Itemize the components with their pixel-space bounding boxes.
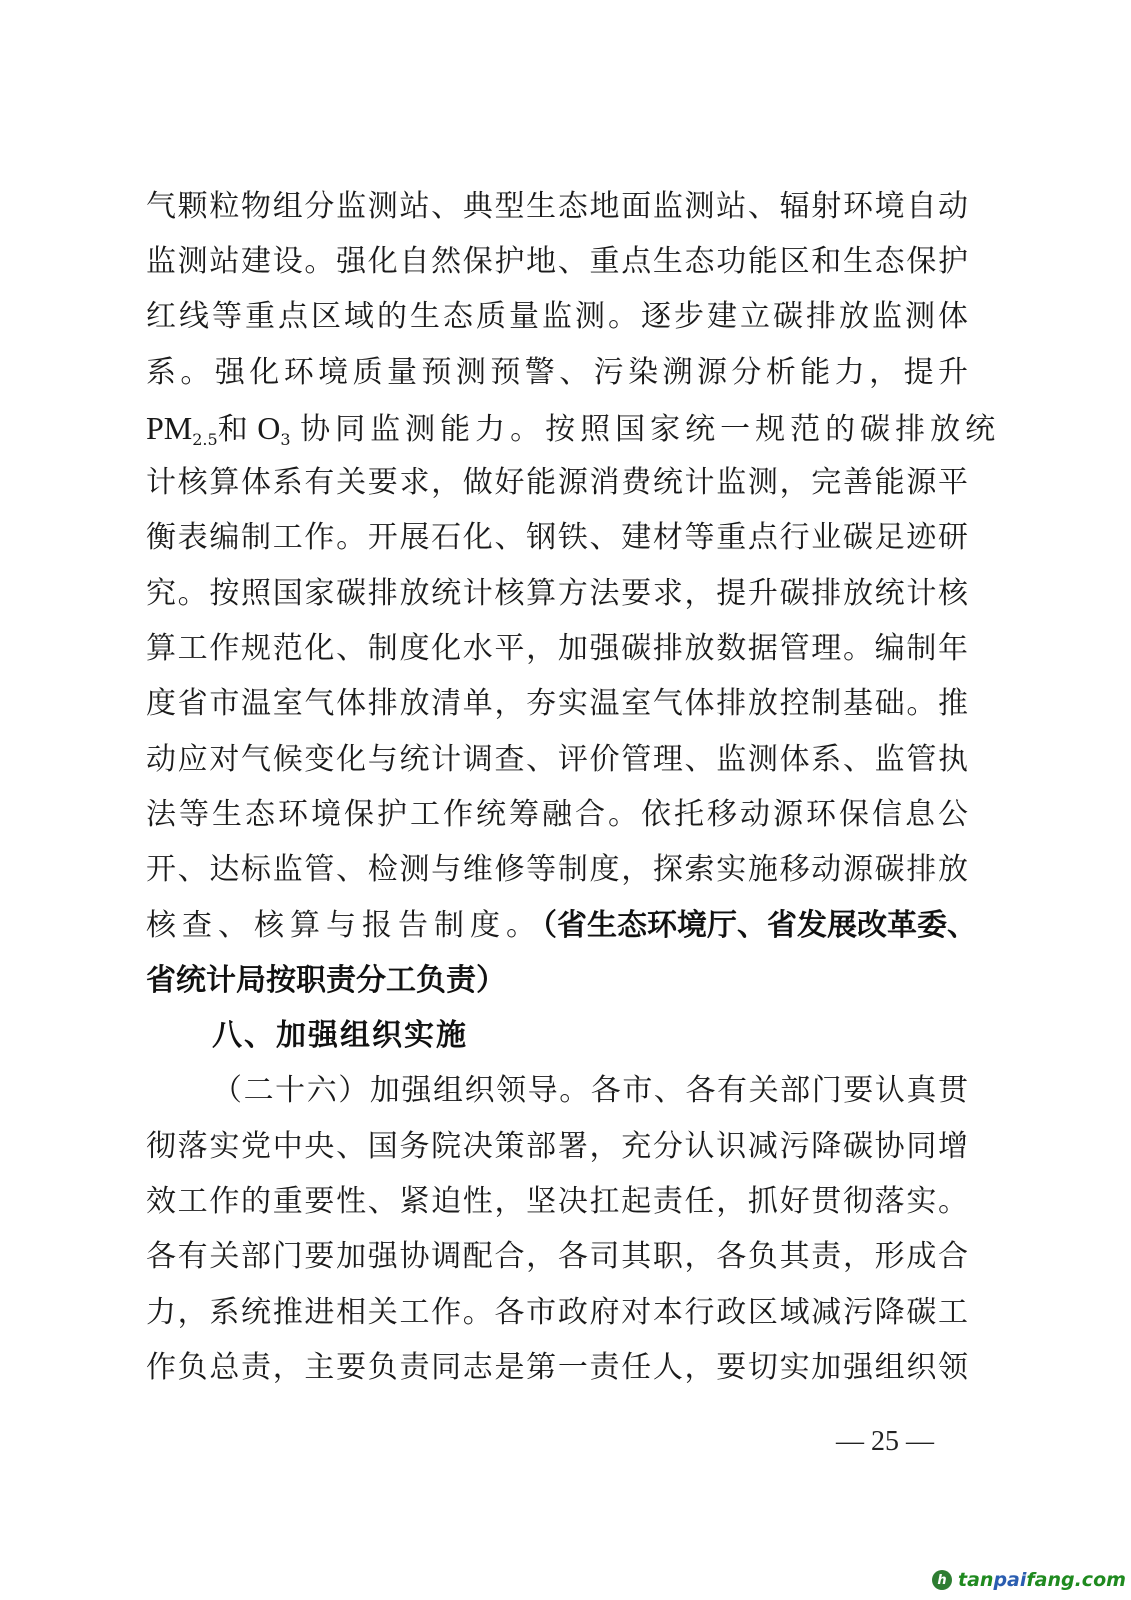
ozone-text: O xyxy=(257,410,280,446)
text-line: 算工作规范化、制度化水平，加强碳排放数据管理。编制年 xyxy=(146,632,968,666)
text-line-pm25: PM2.5和 O3 协同监测能力。按照国家统一规范的碳排放统 xyxy=(146,411,968,445)
section-heading: 八、加强组织实施 xyxy=(212,1019,968,1053)
responsible-departments-cont: 省统计局按职责分工负责） xyxy=(146,964,968,998)
line-rest: 协同监测能力。按照国家统一规范的碳排放统 xyxy=(300,412,1000,447)
text-line: 衡表编制工作。开展石化、钢铁、建材等重点行业碳足迹研 xyxy=(146,521,968,555)
text-line: 系。强化环境质量预测预警、污染溯源分析能力，提升 xyxy=(146,356,968,390)
logo-icon: h xyxy=(932,1570,952,1590)
watermark-part-pai: pai xyxy=(993,1569,1026,1591)
text-line: 度省市温室气体排放清单，夯实温室气体排放控制基础。推 xyxy=(146,687,968,721)
and-text: 和 xyxy=(218,412,248,447)
text-line-responsibility: 核查、核算与报告制度。（省生态环境厅、省发展改革委、 xyxy=(146,909,968,943)
text-line: 开、达标监管、检测与维修等制度，探索实施移动源碳排放 xyxy=(146,853,968,887)
paragraph-line: 彻落实党中央、国务院决策部署，充分认识减污降碳协同增 xyxy=(146,1130,968,1164)
text-line: 红线等重点区域的生态质量监测。逐步建立碳排放监测体 xyxy=(146,300,968,334)
page-number: — 25 — xyxy=(820,1426,950,1460)
paragraph-line: 力，系统推进相关工作。各市政府对本行政区域减污降碳工 xyxy=(146,1296,968,1330)
document-page: 气颗粒物组分监测站、典型生态地面监测站、辐射环境自动 监测站建设。强化自然保护地… xyxy=(0,0,1131,1600)
text-line: 监测站建设。强化自然保护地、重点生态功能区和生态保护 xyxy=(146,245,968,279)
paragraph-line: 各有关部门要加强协调配合，各司其职，各负其责，形成合 xyxy=(146,1240,968,1274)
line-normal: 核查、核算与报告制度。 xyxy=(146,908,542,943)
paragraph-line: 效工作的重要性、紧迫性，坚决扛起责任，抓好贯彻落实。 xyxy=(146,1185,968,1219)
text-line: 法等生态环境保护工作统筹融合。依托移动源环保信息公 xyxy=(146,798,968,832)
text-line: 计核算体系有关要求，做好能源消费统计监测，完善能源平 xyxy=(146,466,968,500)
paragraph-line: 作负总责，主要负责同志是第一责任人，要切实加强组织领 xyxy=(146,1351,968,1385)
watermark-part-tan: tan xyxy=(958,1569,993,1591)
paragraph-line: （二十六）加强组织领导。各市、各有关部门要认真贯 xyxy=(212,1074,968,1108)
text-line: 气颗粒物组分监测站、典型生态地面监测站、辐射环境自动 xyxy=(146,190,968,224)
text-line: 究。按照国家碳排放统计核算方法要求，提升碳排放统计核 xyxy=(146,577,968,611)
ozone-subscript: 3 xyxy=(280,430,290,449)
watermark: h tanpaifang.com xyxy=(932,1566,1126,1594)
pm-text: PM xyxy=(146,410,192,446)
watermark-part-fang: fang.com xyxy=(1026,1569,1126,1591)
responsible-departments: （省生态环境厅、省发展改革委、 xyxy=(542,908,977,943)
watermark-text: tanpaifang.com xyxy=(958,1569,1126,1591)
text-line: 动应对气候变化与统计调查、评价管理、监测体系、监管执 xyxy=(146,743,968,777)
pm-subscript: 2.5 xyxy=(192,430,217,449)
